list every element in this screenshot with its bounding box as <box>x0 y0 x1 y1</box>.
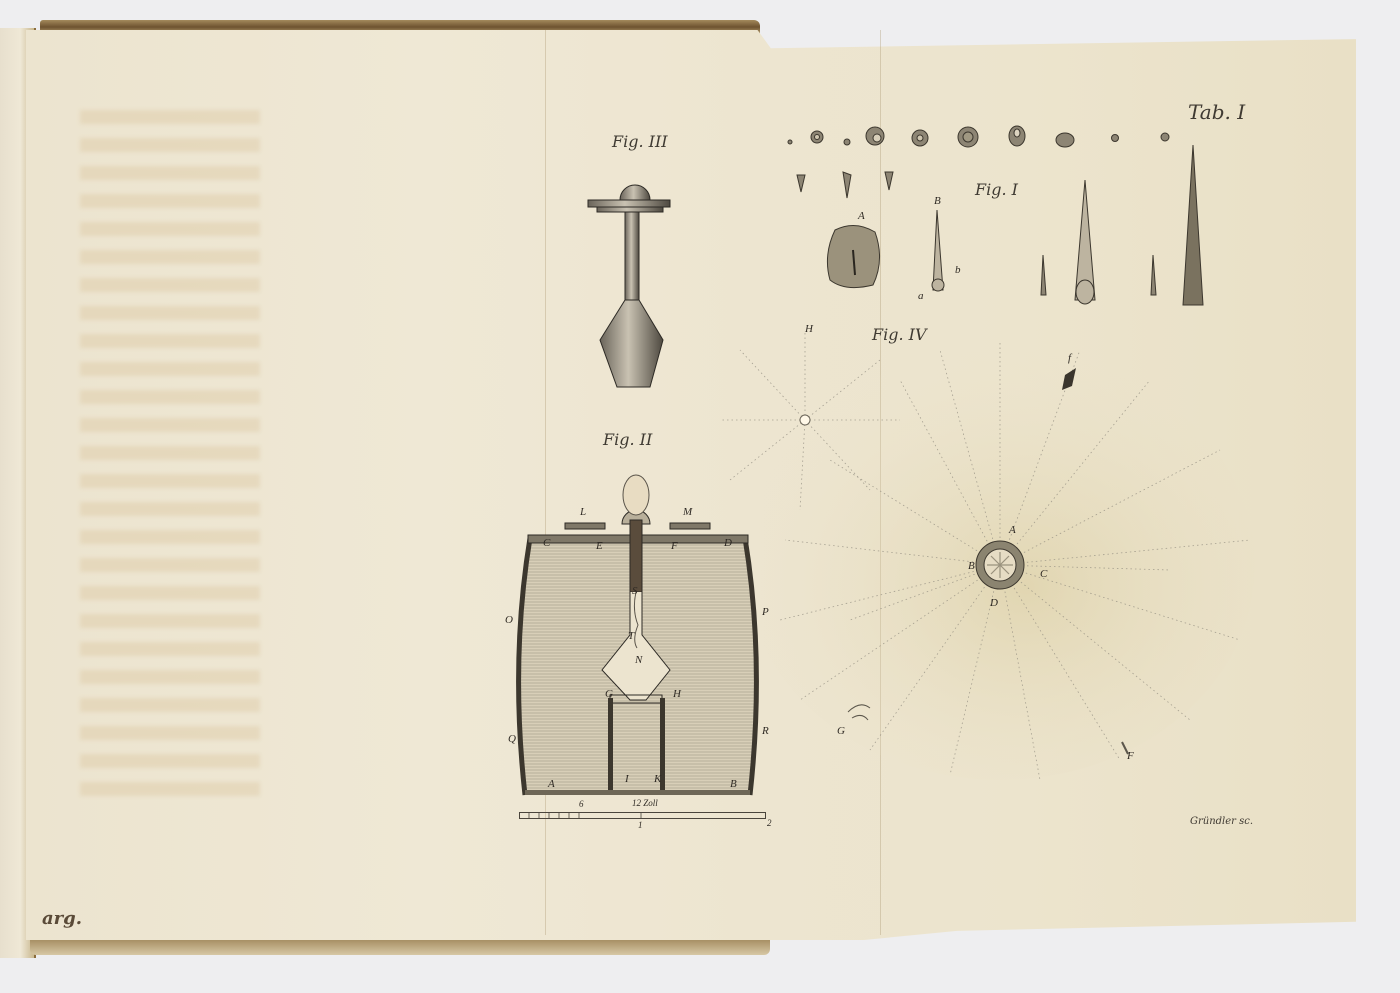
scale-tick-2: 2 <box>767 818 772 828</box>
fig4-label-C: C <box>1040 568 1047 580</box>
fig2-caption: Fig. II <box>603 430 652 449</box>
engraver-signature: Gründler sc. <box>1190 816 1253 827</box>
fig3-stopper-illustration <box>585 175 675 395</box>
fig1-label-a: a <box>918 290 924 302</box>
fig1-label-B: B <box>934 195 941 207</box>
scale-tick-1: 1 <box>638 820 643 830</box>
fig3-caption: Fig. III <box>612 132 668 151</box>
fig1-label-A: A <box>858 210 865 222</box>
scale-bar <box>519 810 769 822</box>
fig4-label-G: G <box>837 725 845 737</box>
fig2-label-N: N <box>635 654 642 666</box>
fig1-label-b: b <box>955 264 961 276</box>
fig2-label-K: K <box>654 773 661 785</box>
scale-tick-6: 6 <box>579 799 584 809</box>
fig2-label-L: L <box>580 506 586 518</box>
fig2-label-F: F <box>671 540 678 552</box>
fig2-vessel-illustration <box>510 460 770 800</box>
fig4-label-F: F <box>1127 750 1134 762</box>
fig2-label-O: O <box>505 614 513 626</box>
fig2-label-D: D <box>724 537 732 549</box>
fig4-label-D: D <box>990 597 998 609</box>
fig2-label-H: H <box>673 688 681 700</box>
fig4-label-B: B <box>968 560 975 572</box>
fig4-label-H: H <box>805 323 813 335</box>
text-bleed-through <box>80 110 260 810</box>
fig2-label-T: T <box>628 630 634 642</box>
fig2-label-E: E <box>596 540 603 552</box>
scale-label: 12 Zoll <box>632 798 658 808</box>
fig2-label-Q: Q <box>508 733 516 745</box>
fig4-radiating-star-illustration <box>700 320 1260 780</box>
fig2-label-A: A <box>548 778 555 790</box>
fig2-label-B: B <box>730 778 737 790</box>
handwritten-note: arg. <box>42 908 82 929</box>
fig2-label-I: I <box>625 773 629 785</box>
fig2-label-M: M <box>683 506 692 518</box>
fig2-label-C: C <box>543 537 550 549</box>
fig4-label-f: f <box>1068 352 1071 364</box>
fig2-label-P: P <box>762 606 769 618</box>
fig2-label-R: R <box>762 725 769 737</box>
fig2-label-G: G <box>605 688 613 700</box>
fig4-label-A: A <box>1009 524 1016 536</box>
fig1-shells-illustration <box>785 120 1205 310</box>
fig2-label-S: S <box>632 585 638 597</box>
